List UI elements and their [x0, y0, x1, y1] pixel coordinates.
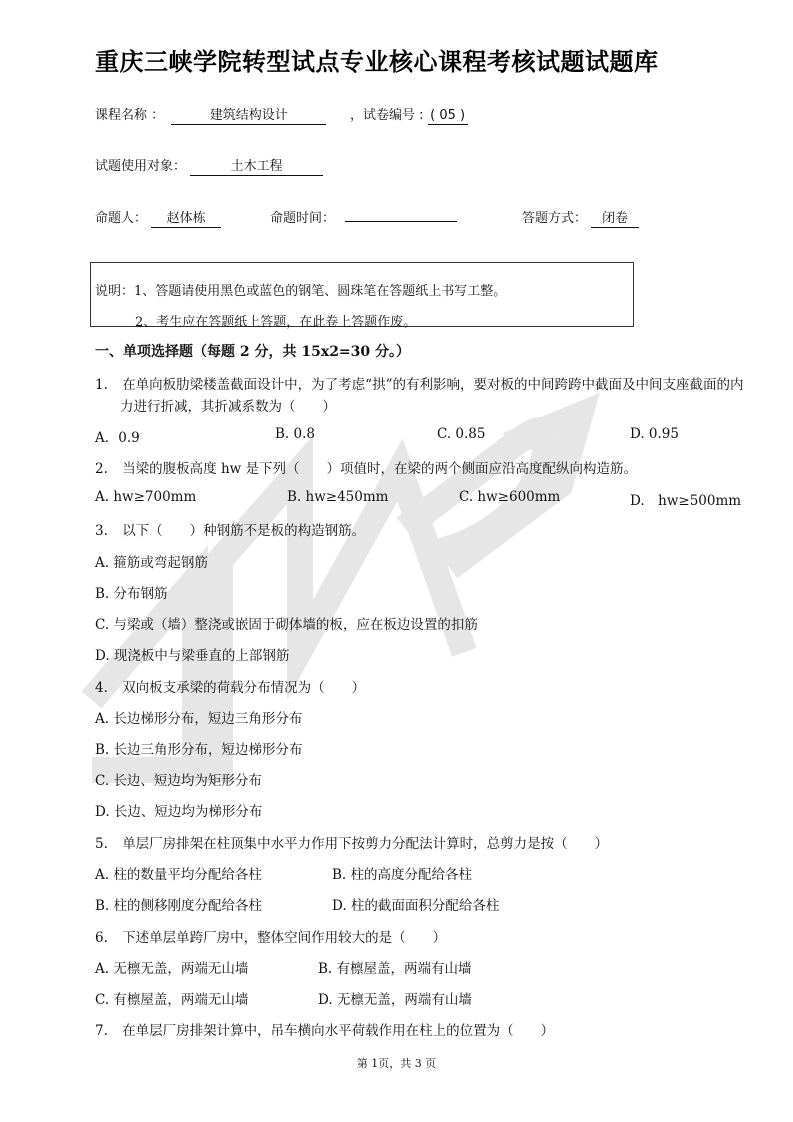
- option: D. 无檩无盖，两端有山墙: [318, 988, 472, 1008]
- time-value: [345, 221, 457, 222]
- option: D. 柱的截面面积分配给各柱: [332, 894, 499, 914]
- option: B. 长边三角形分布，短边梯形分布: [95, 738, 303, 758]
- question-number: 6.: [95, 930, 108, 946]
- page-number: 第 1页，共 3 页: [0, 1055, 793, 1071]
- section-heading: 一、单项选择题（每题 2 分，共 15x2=30 分。）: [95, 341, 410, 361]
- question-1: 1. 在单向板肋梁楼盖截面设计中，为了考虑“拱”的有利影响，要对板的中间跨跨中截…: [95, 373, 744, 393]
- paper-no-label: ，试卷编号 :: [350, 108, 424, 123]
- instruction-line-1: 说明：1、答题请使用黑色或蓝色的钢笔、圆珠笔在答题纸上书写工整。: [95, 280, 506, 299]
- option: C. 长边、短边均为矩形分布: [95, 769, 262, 789]
- question-text: 单层厂房排架在柱顶集中水平力作用下按剪力分配法计算时，总剪力是按（ ）: [122, 836, 608, 852]
- option: C. 有檩屋盖，两端无山墙: [95, 988, 248, 1008]
- mode-label: 答题方式：: [522, 211, 587, 226]
- option: A. 箍筋或弯起钢筋: [95, 551, 208, 571]
- question-number: 1.: [95, 377, 108, 393]
- question-number: 4.: [95, 680, 108, 696]
- author-row: 命题人： 赵体栋: [95, 207, 221, 228]
- question-number: 3.: [95, 523, 108, 539]
- question-7: 7. 在单层厂房排架计算中，吊车横向水平荷载作用在柱上的位置为（ ）: [95, 1019, 554, 1039]
- question-1-continuation: 力进行折减，其折减系数为（ ）: [120, 395, 336, 415]
- option: A. 柱的数量平均分配给各柱: [95, 863, 262, 883]
- target-value: 土木工程: [190, 159, 323, 176]
- option: B. hw≥450mm: [287, 489, 388, 505]
- question-text: 当梁的腹板高度 hw 是下列（ ）项值时，在梁的两个侧面应沿高度配纵向构造筋。: [122, 461, 637, 477]
- author-label: 命题人：: [95, 211, 147, 226]
- document-title: 重庆三峡学院转型试点专业核心课程考核试题试题库: [95, 42, 659, 77]
- author-value: 赵体栋: [151, 211, 221, 228]
- option: B. 0.8: [275, 426, 315, 442]
- mode-value: 闭卷: [591, 211, 639, 228]
- option: A．0.9: [95, 426, 140, 446]
- mode-row: 答题方式： 闭卷: [522, 207, 639, 228]
- question-number: 5.: [95, 836, 108, 852]
- option: A. 无檩无盖，两端无山墙: [95, 957, 248, 977]
- option: B. 分布钢筋: [95, 582, 168, 602]
- time-row: 命题时间：: [270, 207, 457, 226]
- option: D. 长边、短边均为梯形分布: [95, 800, 262, 820]
- paper-no-value: ( 05 ): [428, 108, 468, 125]
- target-label: 试题使用对象：: [95, 159, 186, 174]
- question-5: 5. 单层厂房排架在柱顶集中水平力作用下按剪力分配法计算时，总剪力是按（ ）: [95, 832, 608, 852]
- option: D. 0.95: [630, 426, 679, 442]
- time-label: 命题时间：: [270, 211, 335, 226]
- target-row: 试题使用对象： 土木工程: [95, 155, 323, 176]
- option: B. 有檩屋盖，两端有山墙: [318, 957, 472, 977]
- question-6: 6. 下述单层单跨厂房中，整体空间作用较大的是（ ）: [95, 926, 446, 946]
- question-4: 4. 双向板支承梁的荷载分布情况为（ ）: [95, 676, 365, 696]
- instruction-line-2: 2、考生应在答题纸上答题，在此卷上答题作废。: [135, 311, 416, 330]
- course-name-label: 课程名称 ：: [95, 108, 164, 123]
- question-text: 双向板支承梁的荷载分布情况为（ ）: [122, 680, 365, 696]
- question-text: 在单向板肋梁楼盖截面设计中，为了考虑“拱”的有利影响，要对板的中间跨跨中截面及中…: [122, 377, 743, 393]
- paper-no-row: ，试卷编号 : ( 05 ): [350, 104, 468, 125]
- option: C. 0.85: [437, 426, 486, 442]
- question-2: 2. 当梁的腹板高度 hw 是下列（ ）项值时，在梁的两个侧面应沿高度配纵向构造…: [95, 457, 637, 477]
- option: D. hw≥500mm: [630, 489, 741, 509]
- option: B. 柱的侧移刚度分配给各柱: [95, 894, 262, 914]
- option: A. 长边梯形分布，短边三角形分布: [95, 707, 302, 727]
- option: B. 柱的高度分配给各柱: [332, 863, 472, 883]
- question-3: 3. 以下（ ）种钢筋不是板的构造钢筋。: [95, 519, 365, 539]
- option: D. 现浇板中与梁垂直的上部钢筋: [95, 644, 289, 664]
- option: C. 与梁或（墙）整浇或嵌固于砌体墙的板，应在板边设置的扣筋: [95, 613, 478, 633]
- question-number: 7.: [95, 1023, 108, 1039]
- option: C. hw≥600mm: [459, 489, 560, 505]
- course-name-value: 建筑结构设计: [171, 108, 326, 125]
- question-text: 以下（ ）种钢筋不是板的构造钢筋。: [122, 523, 365, 539]
- option: A. hw≥700mm: [95, 489, 196, 505]
- question-number: 2.: [95, 461, 108, 477]
- question-text: 在单层厂房排架计算中，吊车横向水平荷载作用在柱上的位置为（ ）: [122, 1023, 554, 1039]
- question-text: 下述单层单跨厂房中，整体空间作用较大的是（ ）: [122, 930, 446, 946]
- course-name-row: 课程名称 ： 建筑结构设计: [95, 104, 326, 125]
